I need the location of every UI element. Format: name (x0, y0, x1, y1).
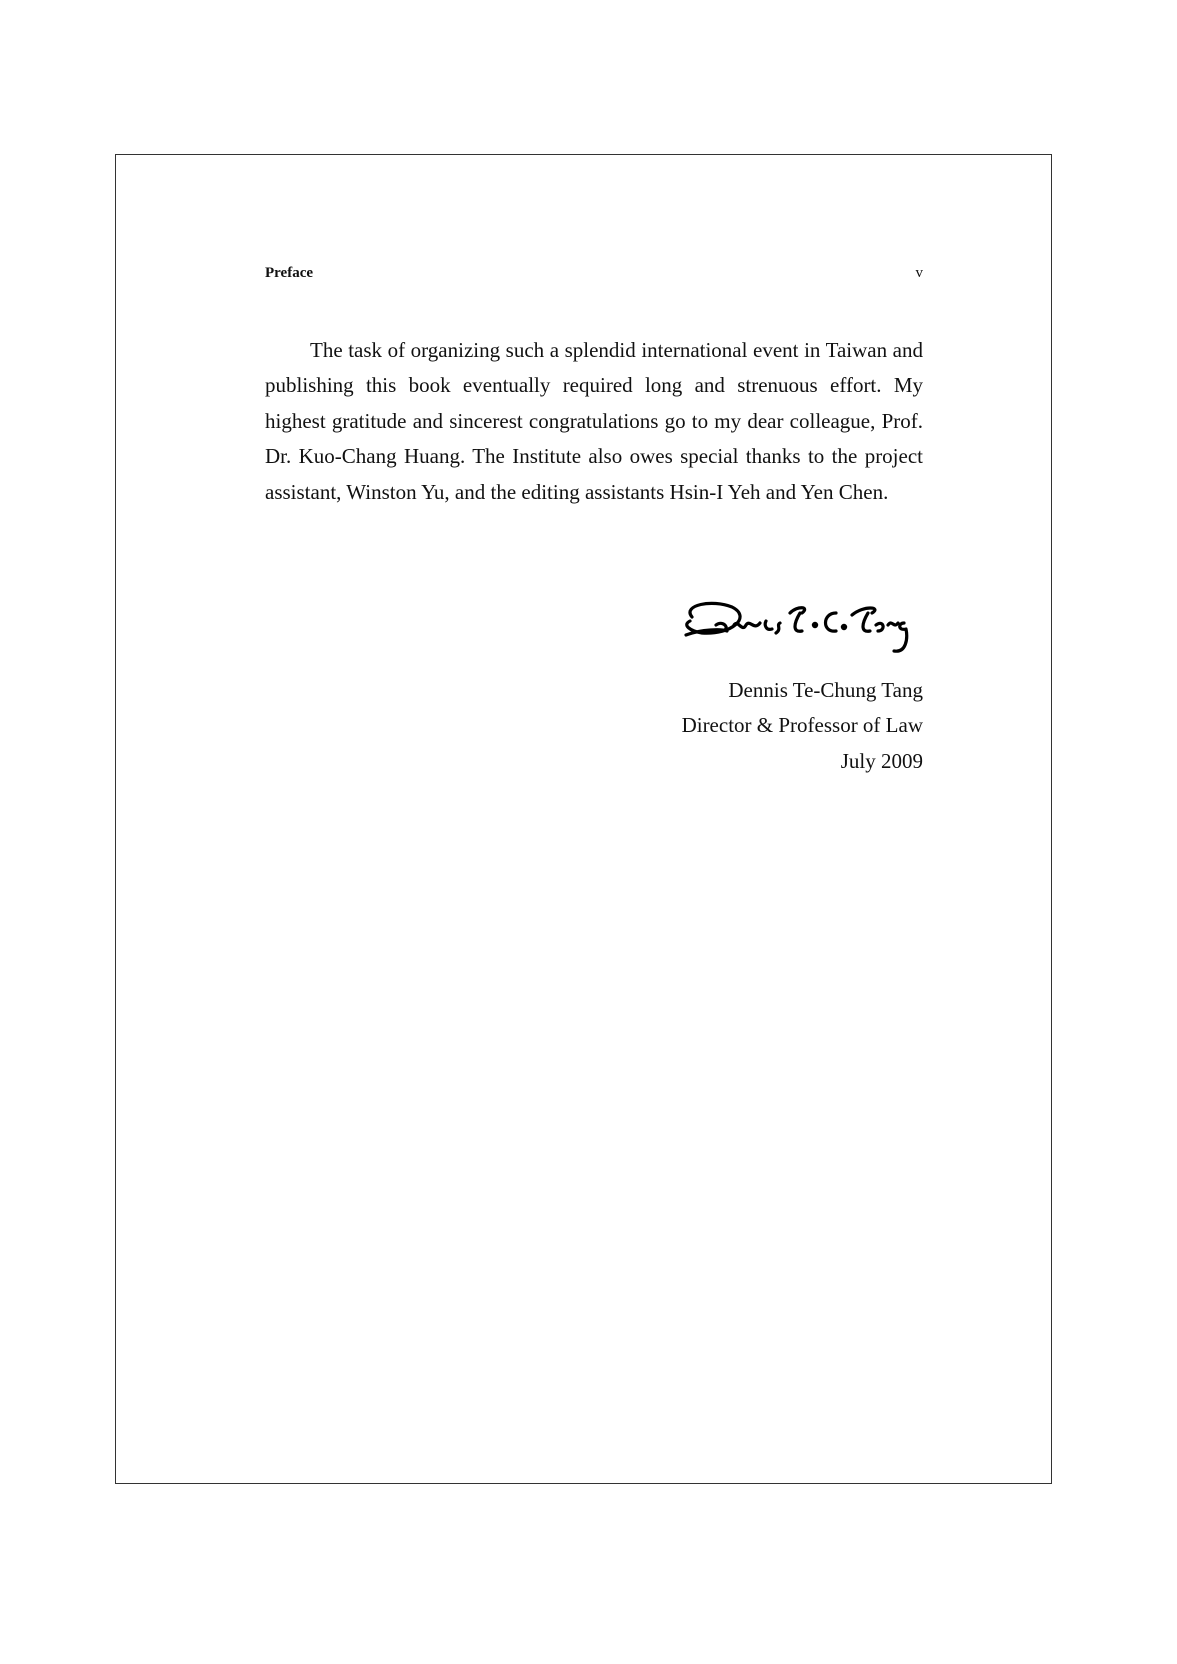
signature-date: July 2009 (682, 744, 923, 779)
signature-block: Dennis Te-Chung Tang Director & Professo… (682, 673, 923, 779)
running-header: Preface v (265, 265, 923, 282)
signature-icon (672, 595, 932, 667)
signatory-position: Director & Professor of Law (682, 708, 923, 743)
signatory-name: Dennis Te-Chung Tang (682, 673, 923, 708)
preface-paragraph: The task of organizing such a splendid i… (265, 333, 923, 510)
page-number: v (916, 265, 924, 282)
header-title: Preface (265, 265, 313, 282)
